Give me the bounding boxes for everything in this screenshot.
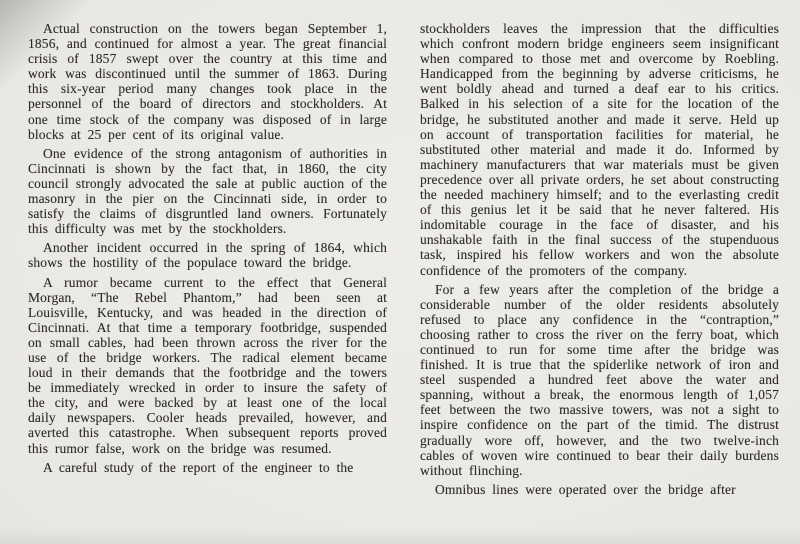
paragraph-contraption-distrust: For a few years after the completion of …: [420, 282, 779, 478]
paragraph-omnibus-lines-lead: Omnibus lines were operated over the bri…: [420, 482, 779, 497]
paragraph-cincinnati-antagonism: One evidence of the strong antagonism of…: [28, 146, 387, 237]
scanned-page: Actual construction on the towers began …: [0, 0, 800, 544]
text-columns: Actual construction on the towers began …: [28, 21, 779, 497]
paragraph-1864-incident: Another incident occurred in the spring …: [28, 240, 387, 270]
left-column: Actual construction on the towers began …: [28, 21, 387, 497]
paragraph-rebel-phantom-rumor: A rumor became current to the effect tha…: [28, 275, 387, 456]
paragraph-construction-history: Actual construction on the towers began …: [28, 21, 387, 142]
right-column: stockholders leaves the impression that …: [420, 21, 779, 497]
paragraph-roebling-difficulties: stockholders leaves the impression that …: [420, 21, 779, 278]
paragraph-engineer-report-lead: A careful study of the report of the eng…: [28, 460, 387, 475]
